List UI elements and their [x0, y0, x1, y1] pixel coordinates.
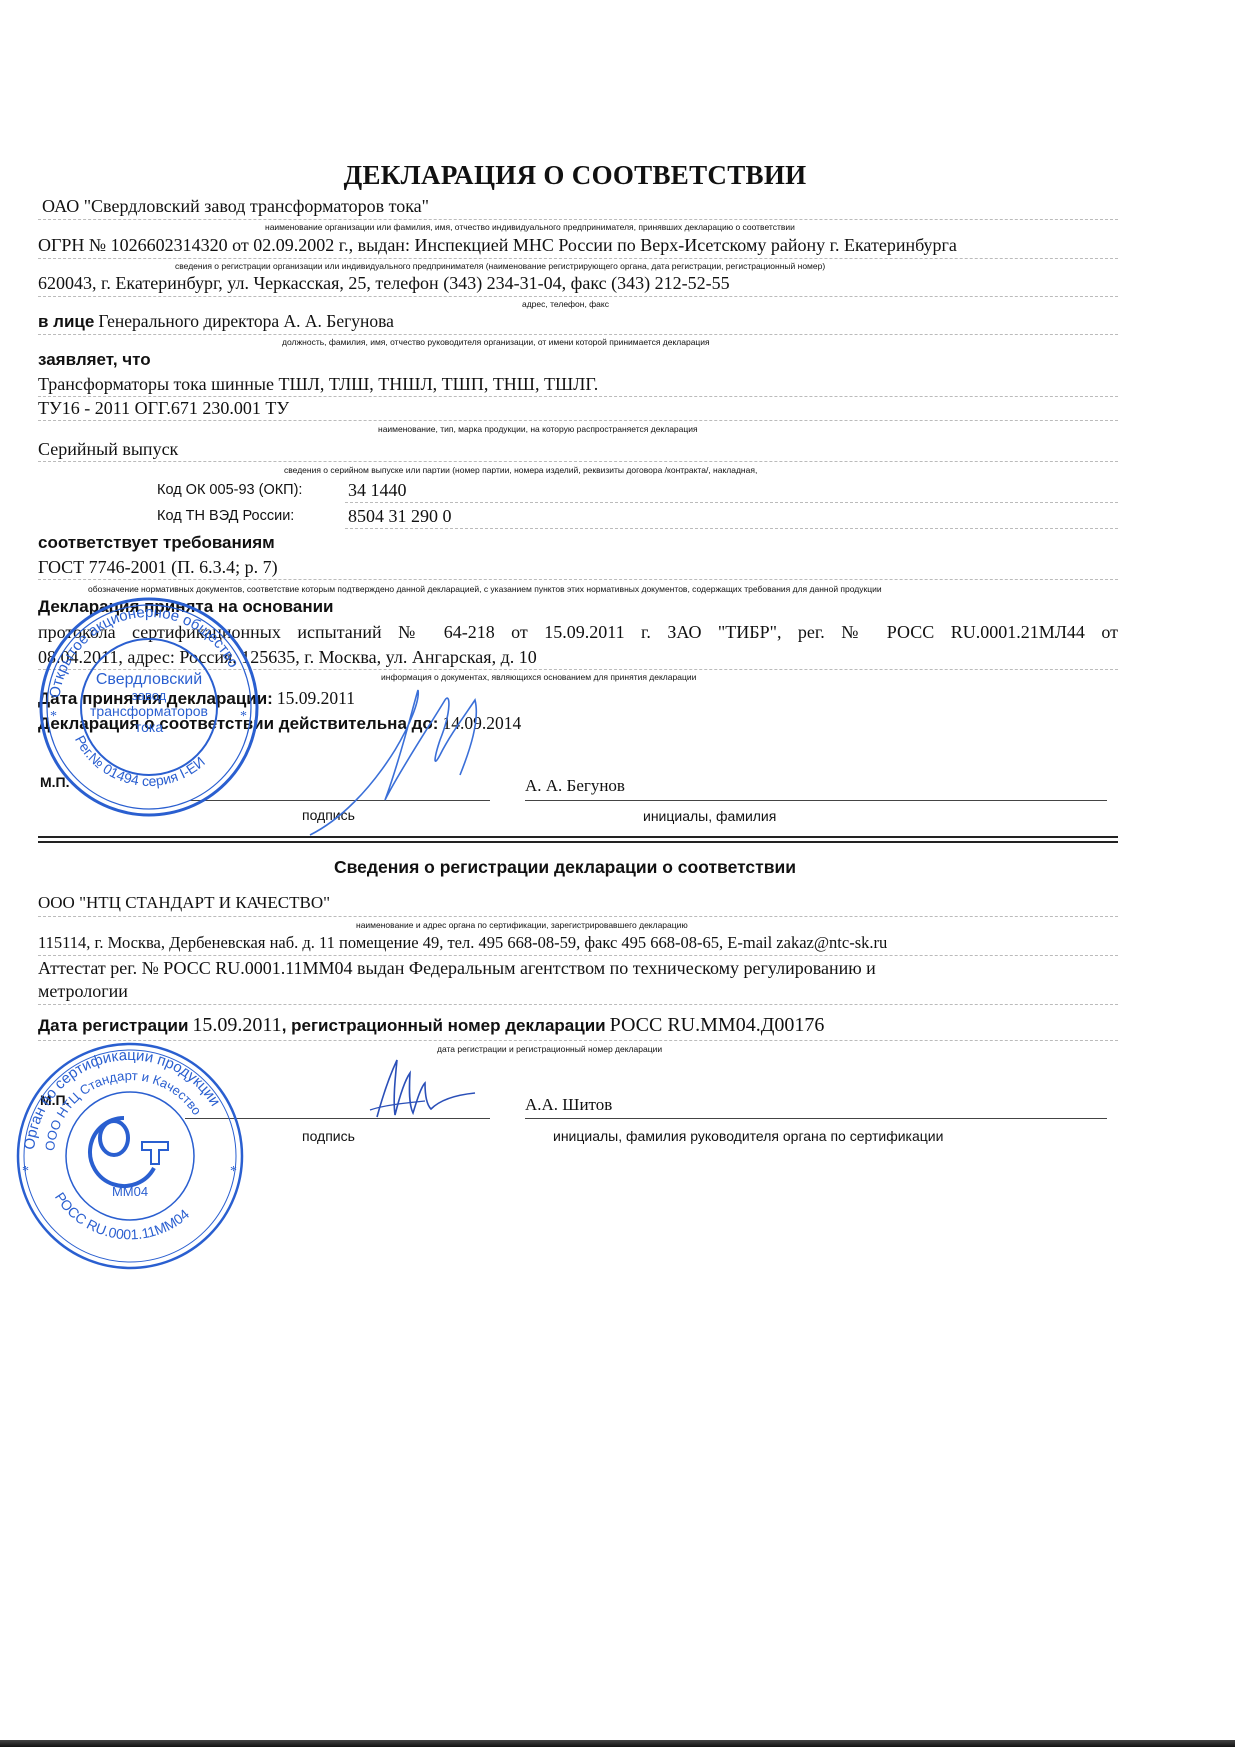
- divider: [345, 502, 1118, 503]
- name-caption-1: инициалы, фамилия: [643, 808, 776, 824]
- applicant-organization: ОАО "Свердловский завод трансформаторов …: [42, 196, 429, 217]
- reg-number-value: РОСС RU.ММ04.Д00176: [610, 1014, 825, 1036]
- divider: [38, 396, 1118, 397]
- svg-text:Свердловский: Свердловский: [96, 671, 202, 688]
- signatory-name-2: А.А. Шитов: [525, 1095, 612, 1115]
- divider: [38, 461, 1118, 462]
- conformity-label: соответствует требованиям: [38, 533, 275, 553]
- certification-body-caption: наименование и адрес органа по сертифика…: [356, 920, 688, 930]
- okp-code-label: Код ОК 005-93 (ОКП):: [157, 482, 302, 498]
- sign-caption-2: подпись: [302, 1128, 355, 1144]
- attestat-line-2: метрологии: [38, 981, 128, 1002]
- registration-caption-bottom: дата регистрации и регистрационный номер…: [437, 1044, 662, 1054]
- address-caption: адрес, телефон, факс: [522, 299, 609, 309]
- product-line-1: Трансформаторы тока шинные ТШЛ, ТЛШ, ТНШ…: [38, 374, 598, 395]
- tnved-code-value: 8504 31 290 0: [348, 506, 452, 527]
- applicant-registration: ОГРН № 1026602314320 от 02.09.2002 г., в…: [38, 235, 957, 256]
- organization-caption: наименование организации или фамилия, им…: [265, 222, 795, 232]
- svg-text:*: *: [50, 709, 57, 724]
- registration-date-row: Дата регистрации 15.09.2011, регистрацио…: [38, 1014, 824, 1037]
- reg-date-value: 15.09.2011: [192, 1014, 281, 1036]
- declares-label: заявляет, что: [38, 350, 151, 370]
- name-line-2: [525, 1118, 1107, 1119]
- signature-1-scribble: [300, 680, 510, 840]
- divider: [38, 334, 1118, 335]
- svg-text:Рег.№ 01494 серия I-ЕИ: Рег.№ 01494 серия I-ЕИ: [72, 733, 208, 789]
- certification-body-address: 115114, г. Москва, Дербеневская наб. д. …: [38, 933, 887, 953]
- svg-text:тока: тока: [135, 719, 163, 735]
- applicant-address: 620043, г. Екатеринбург, ул. Черкасская,…: [38, 273, 730, 294]
- company-stamp: Открытое акционерное общество Рег.№ 0149…: [34, 592, 264, 822]
- document-title: ДЕКЛАРАЦИЯ О СООТВЕТСТВИИ: [0, 160, 1150, 191]
- representative-row: в лице Генерального директора А. А. Бегу…: [38, 311, 394, 332]
- tnved-code-label: Код ТН ВЭД России:: [157, 508, 294, 524]
- registration-caption: сведения о регистрации организации или и…: [175, 261, 825, 271]
- svg-text:трансформаторов: трансформаторов: [90, 703, 208, 719]
- section-separator: [38, 836, 1118, 838]
- divider: [38, 955, 1118, 956]
- divider: [38, 258, 1118, 259]
- okp-code-value: 34 1440: [348, 480, 407, 501]
- divider: [38, 296, 1118, 297]
- representative-value: Генерального директора А. А. Бегунова: [98, 311, 394, 331]
- attestat-line-1: Аттестат рег. № РОСС RU.0001.11ММ04 выда…: [38, 958, 876, 979]
- divider: [38, 420, 1118, 421]
- registration-section-title: Сведения о регистрации декларации о соот…: [0, 857, 1130, 878]
- name-caption-2: инициалы, фамилия руководителя органа по…: [553, 1128, 943, 1144]
- svg-text:завод: завод: [132, 688, 167, 703]
- divider: [38, 916, 1118, 917]
- serial-caption: сведения о серийном выпуске или партии (…: [284, 465, 757, 475]
- svg-text:ММ04: ММ04: [112, 1184, 148, 1199]
- certification-body-stamp: Орган по сертификации продукции ООО НТЦ …: [14, 1040, 246, 1272]
- svg-text:*: *: [230, 1164, 237, 1179]
- product-line-2: ТУ16 - 2011 ОГГ.671 230.001 ТУ: [38, 398, 289, 419]
- signature-2-scribble: [365, 1055, 485, 1125]
- divider: [38, 219, 1118, 220]
- name-line-1: [525, 800, 1107, 801]
- representative-caption: должность, фамилия, имя, отчество руково…: [282, 337, 710, 347]
- representative-label: в лице: [38, 312, 94, 331]
- reg-number-label: , регистрационный номер декларации: [282, 1016, 606, 1035]
- divider: [38, 1004, 1118, 1005]
- certification-body-name: ООО "НТЦ СТАНДАРТ И КАЧЕСТВО": [38, 893, 330, 913]
- svg-text:*: *: [240, 709, 247, 724]
- divider: [38, 579, 1118, 580]
- conformity-standard: ГОСТ 7746-2001 (П. 6.3.4; р. 7): [38, 557, 278, 578]
- reg-date-label: Дата регистрации: [38, 1016, 188, 1035]
- signatory-name-1: А. А. Бегунов: [525, 776, 625, 796]
- serial-release: Серийный выпуск: [38, 439, 178, 460]
- scan-edge: [0, 1740, 1235, 1747]
- product-caption: наименование, тип, марка продукции, на к…: [378, 424, 698, 434]
- divider: [345, 528, 1118, 529]
- section-separator: [38, 841, 1118, 843]
- svg-text:*: *: [22, 1164, 29, 1179]
